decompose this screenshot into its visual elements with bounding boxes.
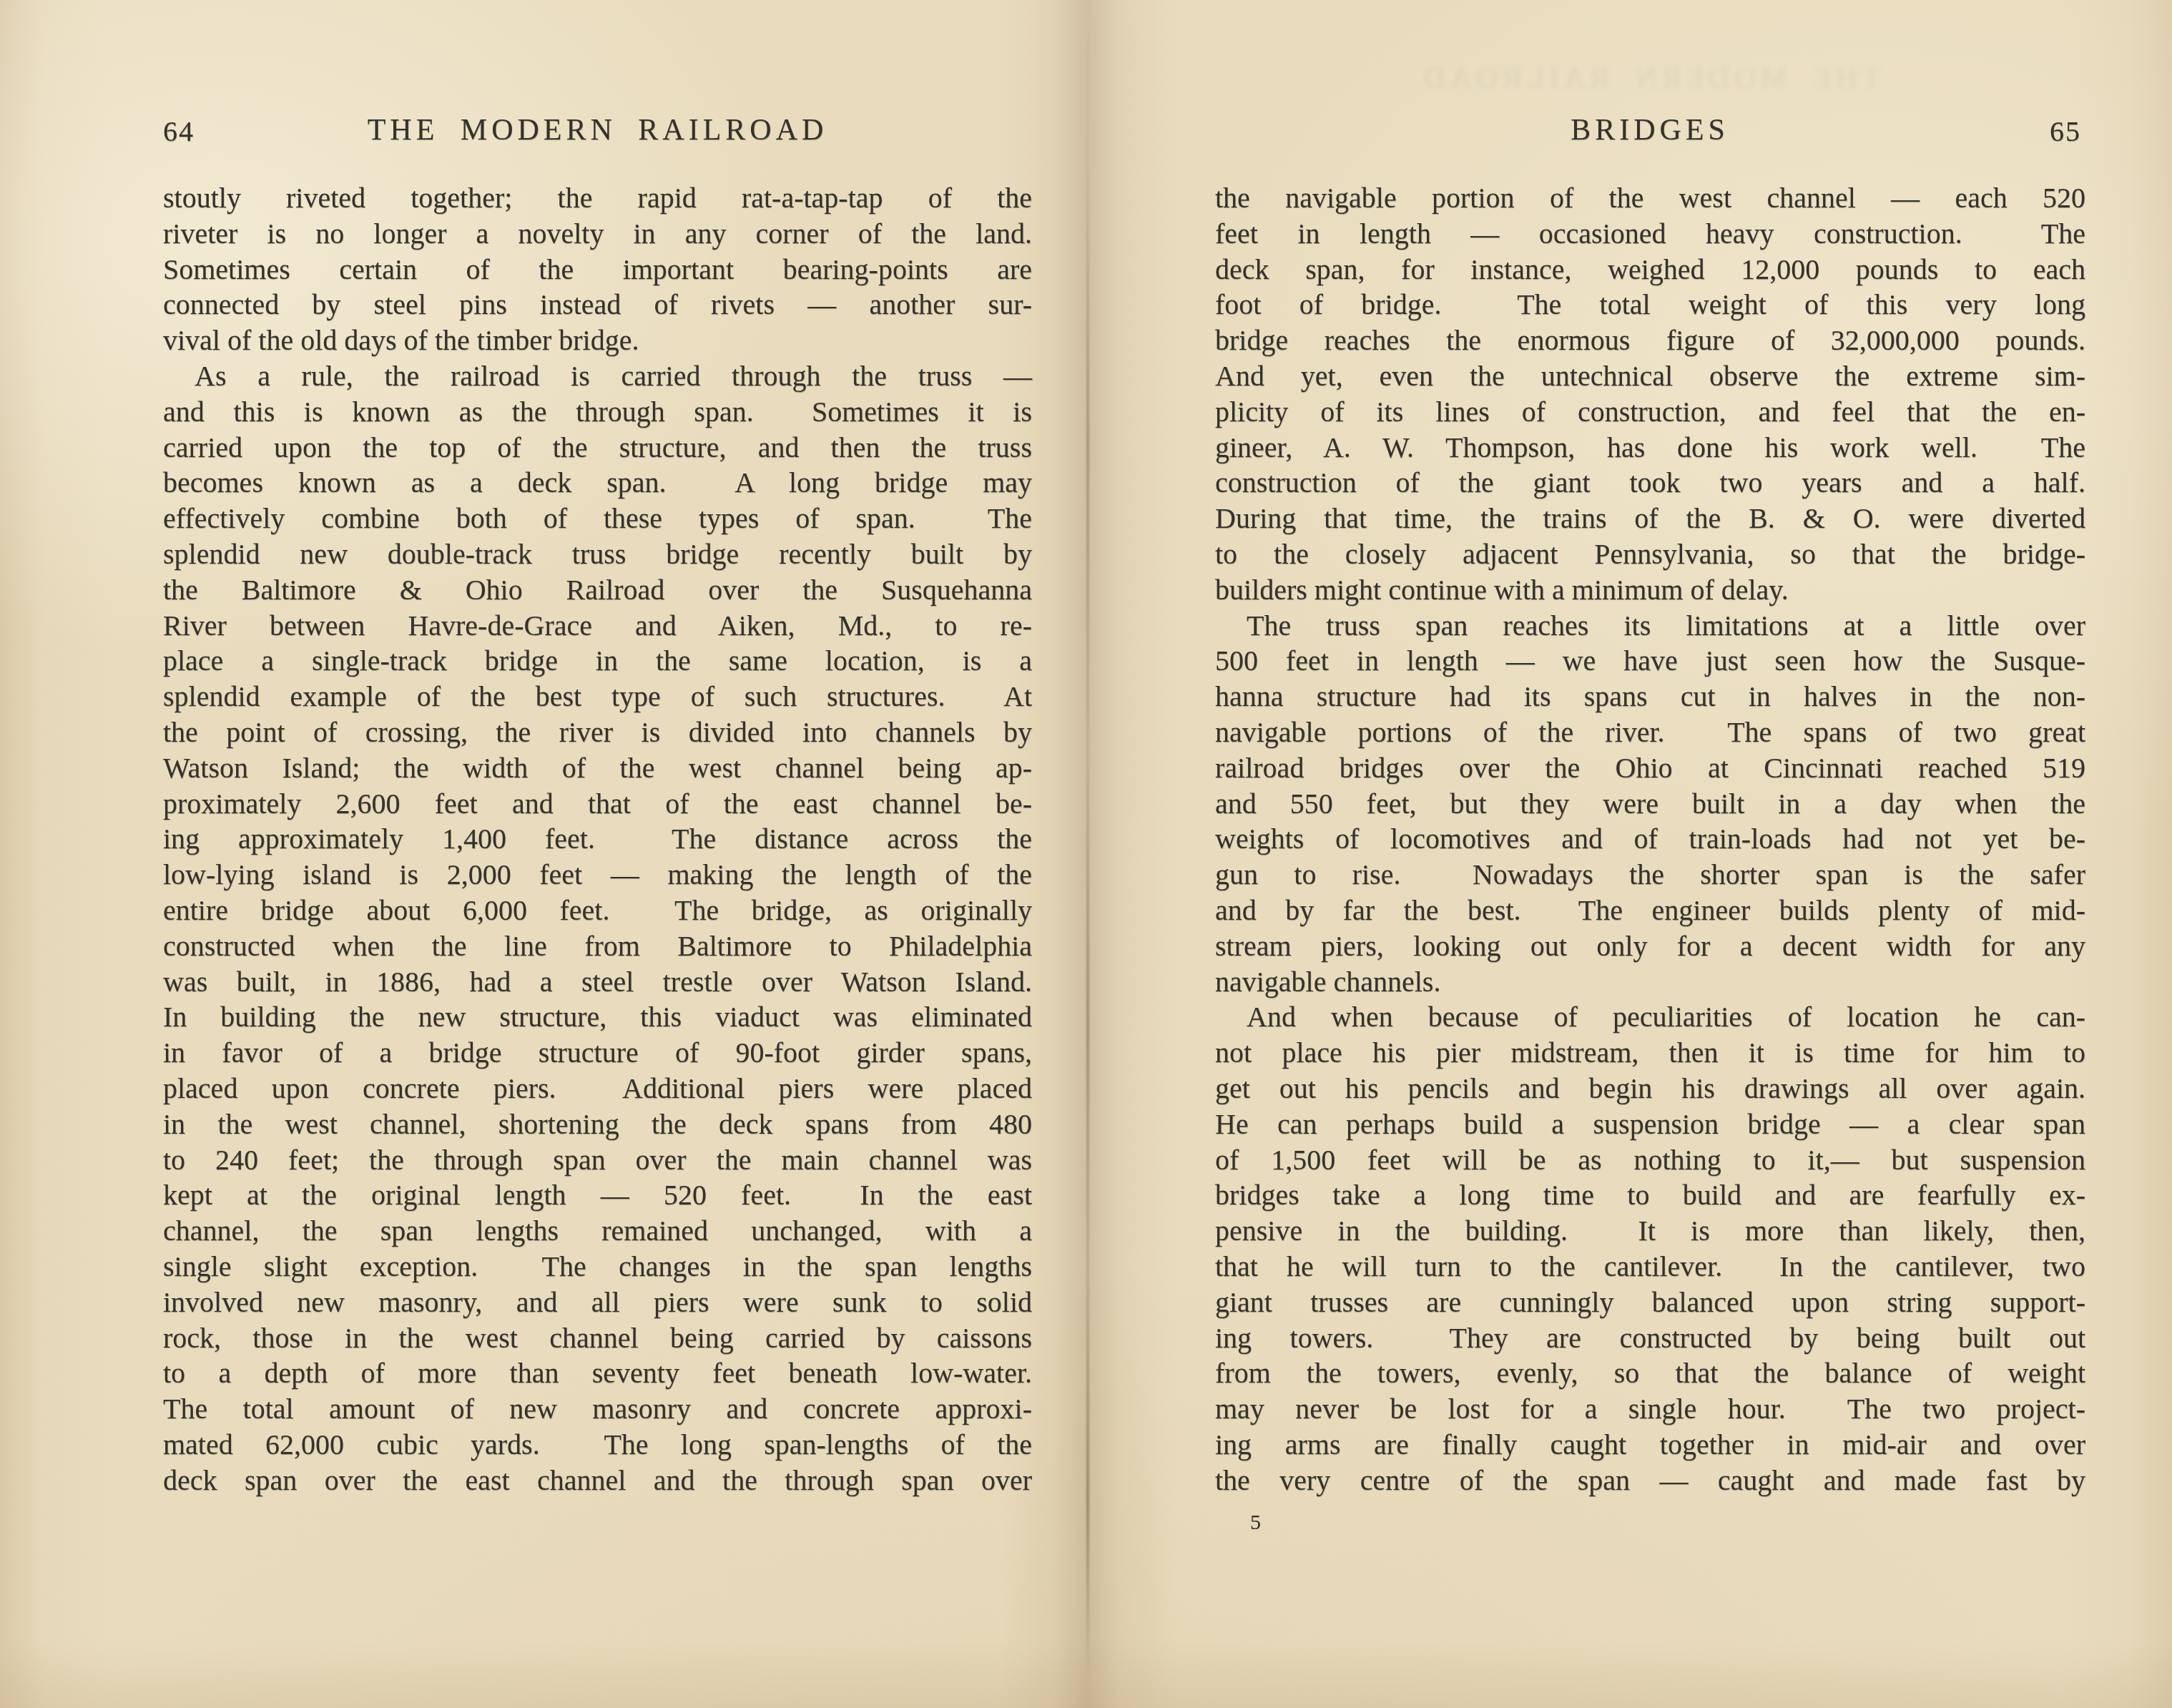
text-line: bridge reaches the enormous figure of 32… — [1215, 323, 2085, 358]
text-line: and this is known as the through span. S… — [163, 394, 1032, 430]
text-line: bridges take a long time to build and ar… — [1215, 1177, 2085, 1213]
text-line: ing arms are finally caught together in … — [1215, 1427, 2085, 1463]
text-line: the navigable portion of the west channe… — [1215, 180, 2085, 216]
text-line: the very centre of the span — caught and… — [1215, 1463, 2085, 1498]
text-line: The total amount of new masonry and conc… — [163, 1391, 1032, 1427]
text-line: navigable portions of the river. The spa… — [1215, 715, 2085, 750]
book-spread: THE MODERN RAILROAD 64 THE MODERN RAILRO… — [0, 0, 2172, 1708]
text-line: rock, those in the west channel being ca… — [163, 1320, 1032, 1356]
text-line: pensive in the building. It is more than… — [1215, 1213, 2085, 1249]
text-line: low-lying island is 2,000 feet — making … — [163, 857, 1032, 893]
text-line: proximately 2,600 feet and that of the e… — [163, 786, 1032, 822]
text-line: entire bridge about 6,000 feet. The brid… — [163, 893, 1032, 928]
text-line: He can perhaps build a suspension bridge… — [1215, 1106, 2085, 1142]
text-line: connected by steel pins instead of rivet… — [163, 287, 1032, 323]
text-line: of 1,500 feet will be as nothing to it,—… — [1215, 1142, 2085, 1178]
text-line: deck span, for instance, weighed 12,000 … — [1215, 252, 2085, 288]
text-line: and 550 feet, but they were built in a d… — [1215, 786, 2085, 822]
text-line: was built, in 1886, had a steel trestle … — [163, 964, 1032, 1000]
show-through-text: THE MODERN RAILROAD — [1214, 62, 2085, 96]
text-line: carried upon the top of the structure, a… — [163, 430, 1032, 466]
text-line: channel, the span lengths remained uncha… — [163, 1213, 1032, 1249]
right-page-header: BRIDGES 65 — [1214, 113, 2085, 157]
text-line: railroad bridges over the Ohio at Cincin… — [1215, 750, 2085, 786]
text-line: And yet, even the untechnical observe th… — [1215, 358, 2085, 394]
text-line: splendid example of the best type of suc… — [163, 679, 1032, 715]
text-line: from the towers, evenly, so that the bal… — [1215, 1355, 2085, 1391]
text-line: gineer, A. W. Thompson, has done his wor… — [1215, 430, 2085, 466]
text-line: the point of crossing, the river is divi… — [163, 715, 1032, 750]
text-line: giant trusses are cunningly balanced upo… — [1215, 1285, 2085, 1320]
text-line: plicity of its lines of construction, an… — [1215, 394, 2085, 430]
text-line: Watson Island; the width of the west cha… — [163, 750, 1032, 786]
right-page-number: 65 — [2050, 114, 2081, 148]
text-line: to the closely adjacent Pennsylvania, so… — [1215, 536, 2085, 572]
text-line: The truss span reaches its limitations a… — [1215, 608, 2085, 644]
text-line: not place his pier midstream, then it is… — [1215, 1035, 2085, 1071]
text-line: 500 feet in length — we have just seen h… — [1215, 643, 2085, 679]
text-line: single slight exception. The changes in … — [163, 1249, 1032, 1285]
text-line: get out his pencils and begin his drawin… — [1215, 1071, 2085, 1106]
left-page-number: 64 — [163, 114, 195, 148]
text-line: splendid new double-track truss bridge r… — [163, 536, 1032, 572]
text-line: feet in length — occasioned heavy constr… — [1215, 216, 2085, 252]
text-line: construction of the giant took two years… — [1215, 465, 2085, 501]
text-line: River between Havre-de-Grace and Aiken, … — [163, 608, 1032, 644]
text-line: stream piers, looking out only for a dec… — [1215, 928, 2085, 964]
text-line: the Baltimore & Ohio Railroad over the S… — [163, 572, 1032, 608]
text-line: During that time, the trains of the B. &… — [1215, 501, 2085, 536]
text-line: ing towers. They are constructed by bein… — [1215, 1320, 2085, 1356]
text-line: deck span over the east channel and the … — [163, 1463, 1032, 1498]
text-line: hanna structure had its spans cut in hal… — [1215, 679, 2085, 715]
text-line: stoutly riveted together; the rapid rat-… — [163, 180, 1032, 216]
gutter-crease-line — [1086, 0, 1089, 1708]
text-line: in the west channel, shortening the deck… — [163, 1106, 1032, 1142]
text-line: effectively combine both of these types … — [163, 501, 1032, 536]
text-line: place a single-track bridge in the same … — [163, 643, 1032, 679]
text-line: In building the new structure, this viad… — [163, 999, 1032, 1035]
text-line: weights of locomotives and of train-load… — [1215, 821, 2085, 857]
text-line: navigable channels. — [1215, 964, 2085, 1000]
text-line: may never be lost for a single hour. The… — [1215, 1391, 2085, 1427]
text-line: Sometimes certain of the important beari… — [163, 252, 1032, 288]
text-line: builders might continue with a minimum o… — [1215, 572, 2085, 608]
right-page-text: the navigable portion of the west channe… — [1215, 180, 2085, 1498]
text-line: in favor of a bridge structure of 90-foo… — [163, 1035, 1032, 1071]
text-line: constructed when the line from Baltimore… — [163, 928, 1032, 964]
left-page-text: stoutly riveted together; the rapid rat-… — [163, 180, 1032, 1498]
text-line: that he will turn to the cantilever. In … — [1215, 1249, 2085, 1285]
text-line: to a depth of more than seventy feet ben… — [163, 1355, 1032, 1391]
text-line: mated 62,000 cubic yards. The long span-… — [163, 1427, 1032, 1463]
text-line: and by far the best. The engineer builds… — [1215, 893, 2085, 928]
text-line: And when because of peculiarities of loc… — [1215, 999, 2085, 1035]
text-line: becomes known as a deck span. A long bri… — [163, 465, 1032, 501]
text-line: ing approximately 1,400 feet. The distan… — [163, 821, 1032, 857]
text-line: to 240 feet; the through span over the m… — [163, 1142, 1032, 1178]
text-line: vival of the old days of the timber brid… — [163, 323, 1032, 358]
left-running-title: THE MODERN RAILROAD — [163, 113, 1032, 147]
signature-mark: 5 — [1250, 1511, 1261, 1535]
text-line: riveter is no longer a novelty in any co… — [163, 216, 1032, 252]
left-page-header: 64 THE MODERN RAILROAD — [163, 113, 1032, 157]
text-line: foot of bridge. The total weight of this… — [1215, 287, 2085, 323]
text-line: placed upon concrete piers. Additional p… — [163, 1071, 1032, 1106]
right-running-title: BRIDGES — [1214, 113, 2085, 147]
text-line: kept at the original length — 520 feet. … — [163, 1177, 1032, 1213]
text-line: gun to rise. Nowadays the shorter span i… — [1215, 857, 2085, 893]
text-line: involved new masonry, and all piers were… — [163, 1285, 1032, 1320]
text-line: As a rule, the railroad is carried throu… — [163, 358, 1032, 394]
